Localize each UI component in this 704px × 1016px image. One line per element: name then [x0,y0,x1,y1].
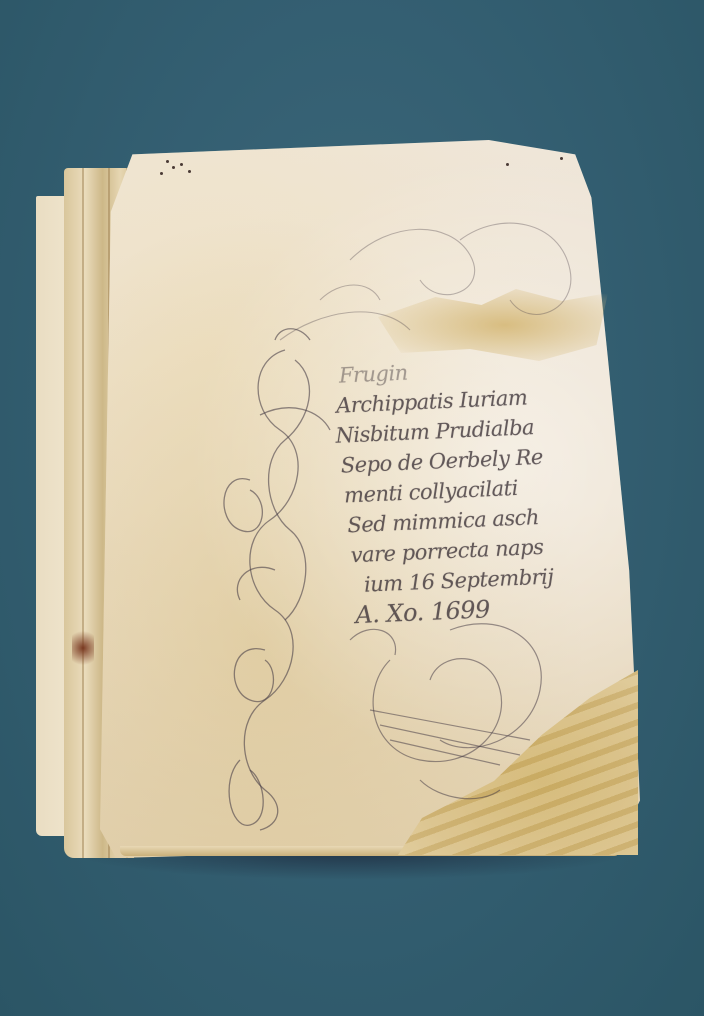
spine-fold [82,168,84,858]
spine-stain [72,628,94,668]
calligraphic-flourish-top [260,200,590,370]
manuscript-title-inscription: Frugin Archippatis Iuriam Nisbitum Prudi… [314,349,625,632]
photo-scene: Frugin Archippatis Iuriam Nisbitum Prudi… [0,0,704,1016]
calligraphic-flourish-bottom [330,600,590,820]
